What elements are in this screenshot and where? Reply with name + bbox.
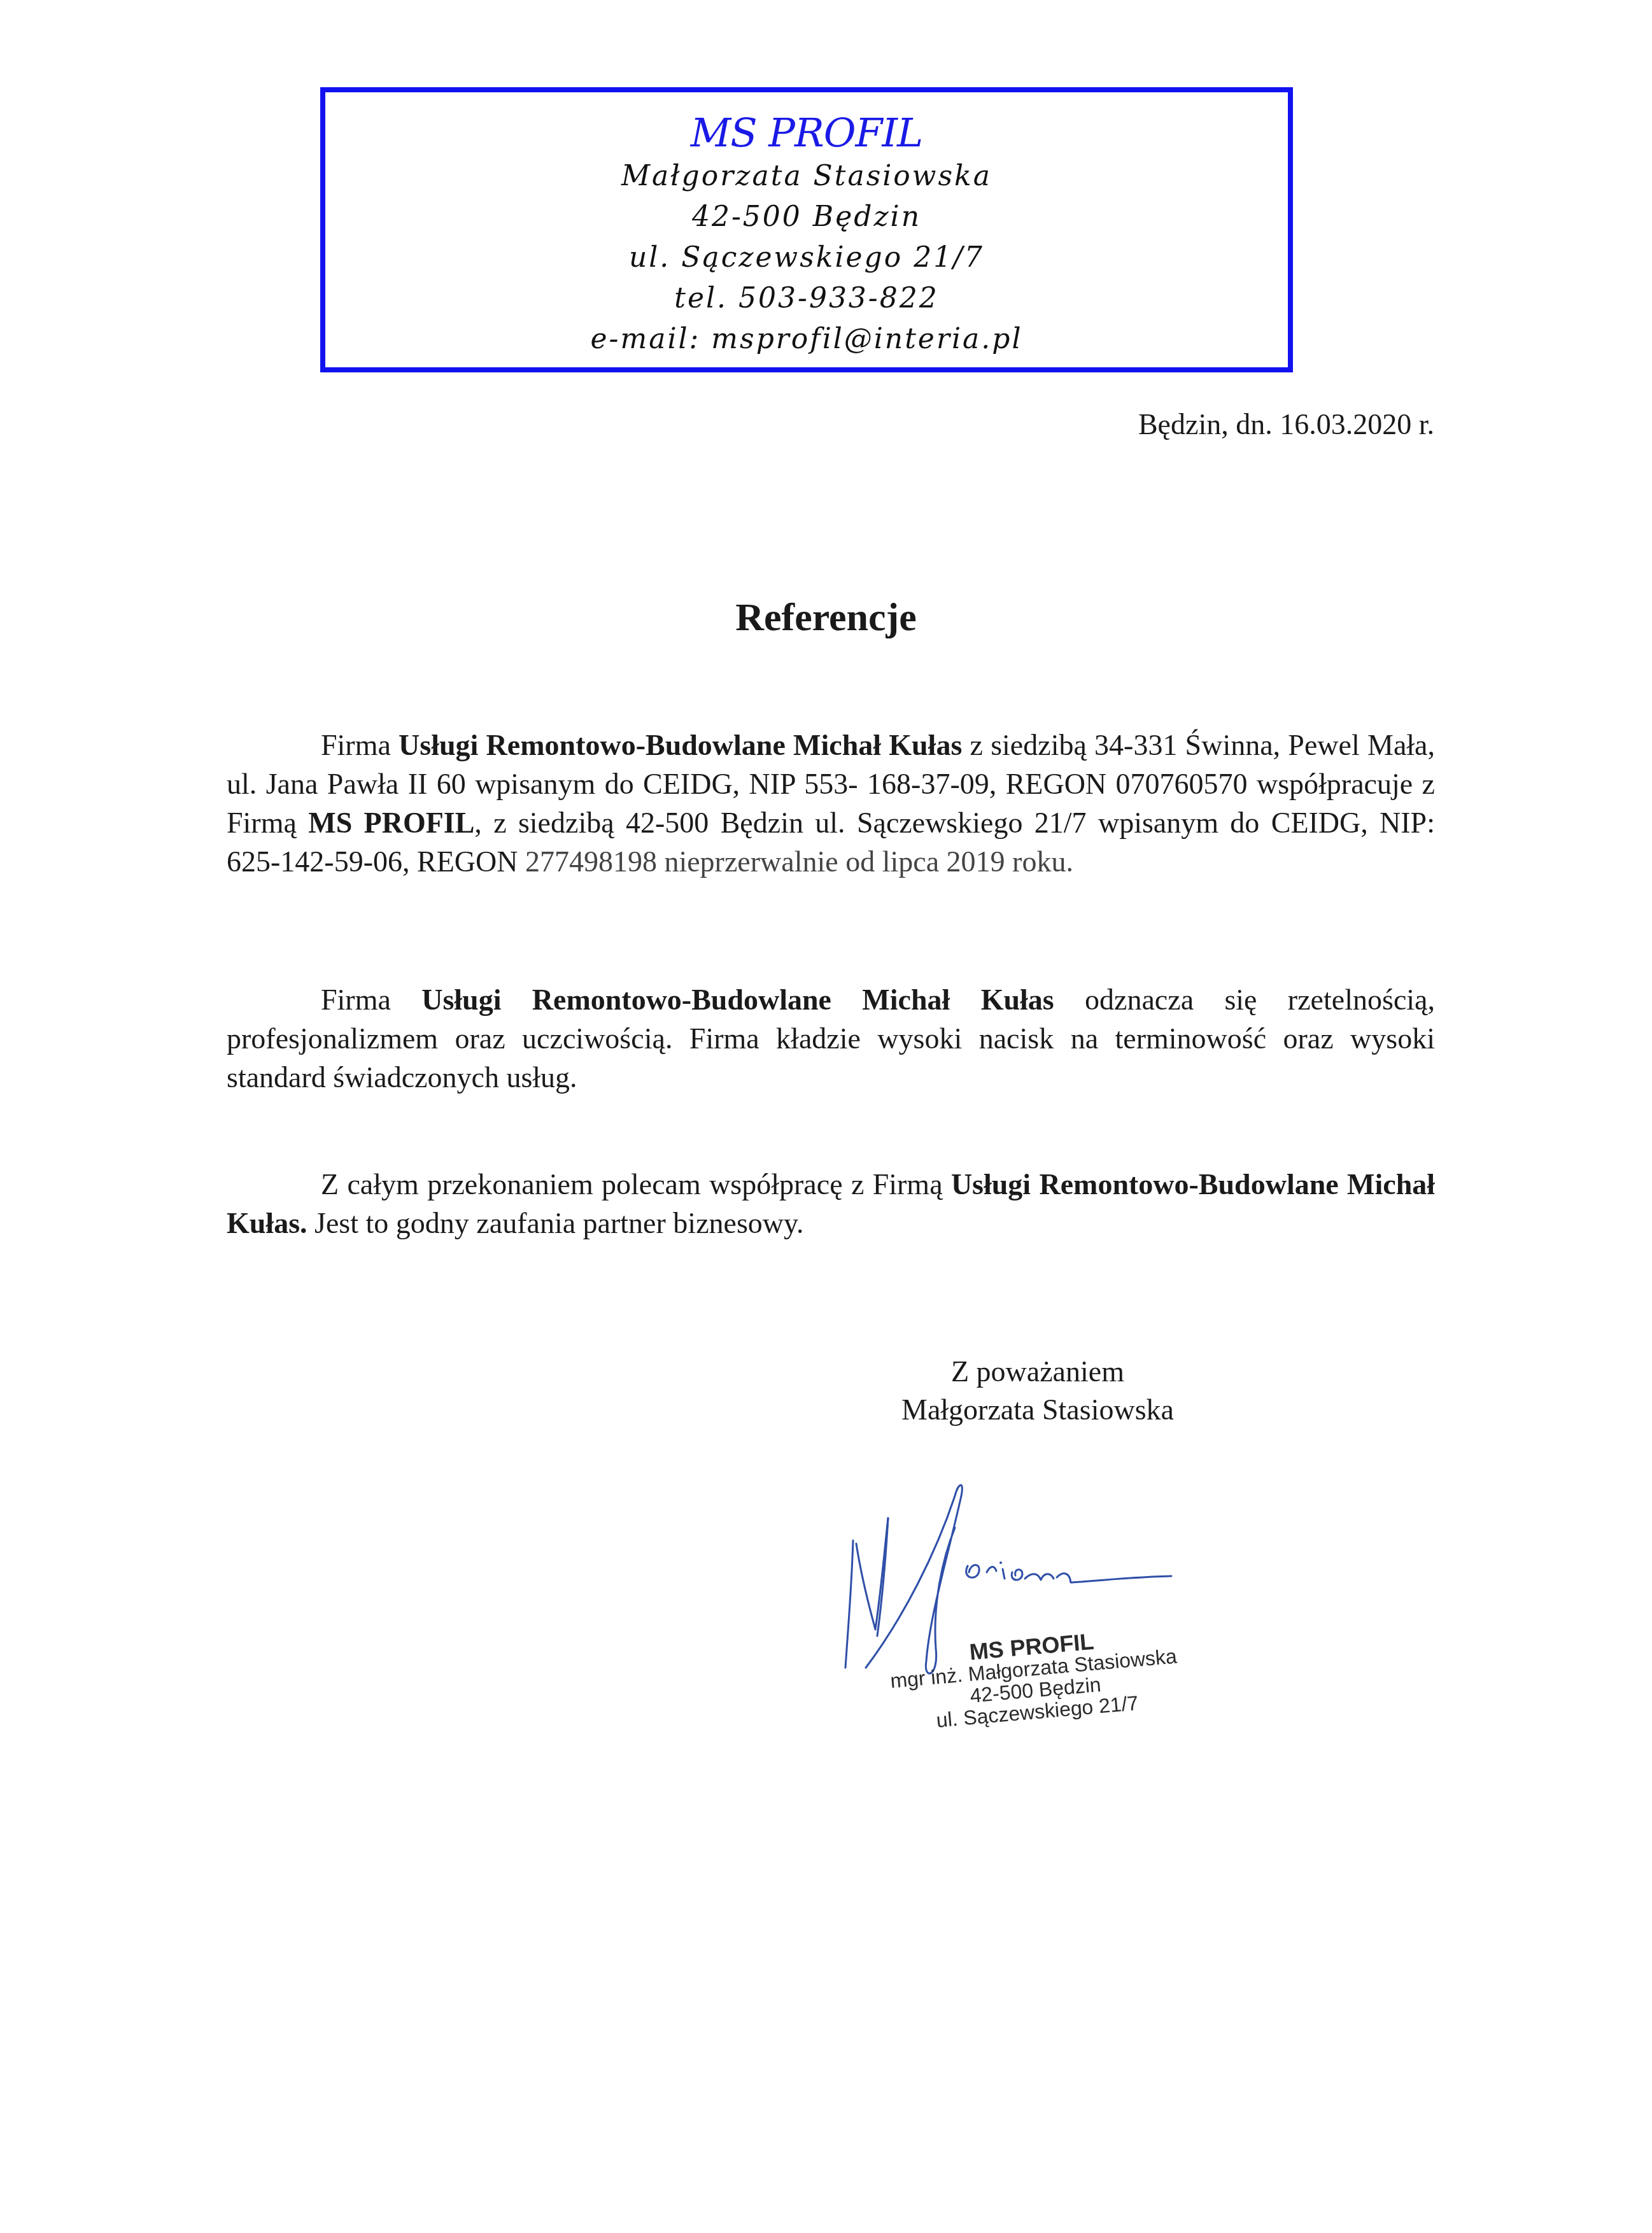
letterhead-street: ul. Sączewskiego 21/7 [325, 237, 1288, 278]
letterhead-company: MS PROFIL [325, 110, 1288, 156]
text: Z całym przekonaniem polecam współpracę … [321, 1168, 951, 1201]
paragraph-2: Firma Usługi Remontowo-Budowlane Michał … [227, 980, 1435, 1097]
letterhead: MS PROFIL Małgorzata Stasiowska 42-500 B… [320, 87, 1293, 372]
letterhead-phone: tel. 503-933-822 [325, 278, 1288, 319]
letterhead-name: Małgorzata Stasiowska [325, 156, 1288, 197]
letterhead-email: e-mail: msprofil@interia.pl [325, 319, 1288, 360]
company-name-bold: Usługi Remontowo-Budowlane Michał Kułas [399, 729, 962, 761]
text: Firma [321, 729, 399, 761]
text: Firma [321, 983, 421, 1016]
document-title: Referencje [0, 595, 1652, 640]
paragraph-1: Firma Usługi Remontowo-Budowlane Michał … [227, 726, 1435, 881]
text: 277498198 nieprzerwalnie od lipca 2019 r… [525, 845, 1073, 878]
company-ms-profil-bold: MS PROFIL [308, 807, 474, 839]
text: Jest to godny zaufania partner biznesowy… [307, 1207, 804, 1239]
paragraph-3: Z całym przekonaniem polecam współpracę … [227, 1165, 1435, 1243]
closing: Z poważaniem Małgorzata Stasiowska [885, 1353, 1190, 1429]
closing-greeting: Z poważaniem [885, 1353, 1190, 1391]
letterhead-city: 42-500 Będzin [325, 197, 1288, 237]
letter-date: Będzin, dn. 16.03.2020 r. [1138, 407, 1434, 441]
company-name-bold: Usługi Remontowo-Budowlane Michał Kułas [421, 983, 1054, 1016]
closing-name: Małgorzata Stasiowska [885, 1391, 1190, 1429]
